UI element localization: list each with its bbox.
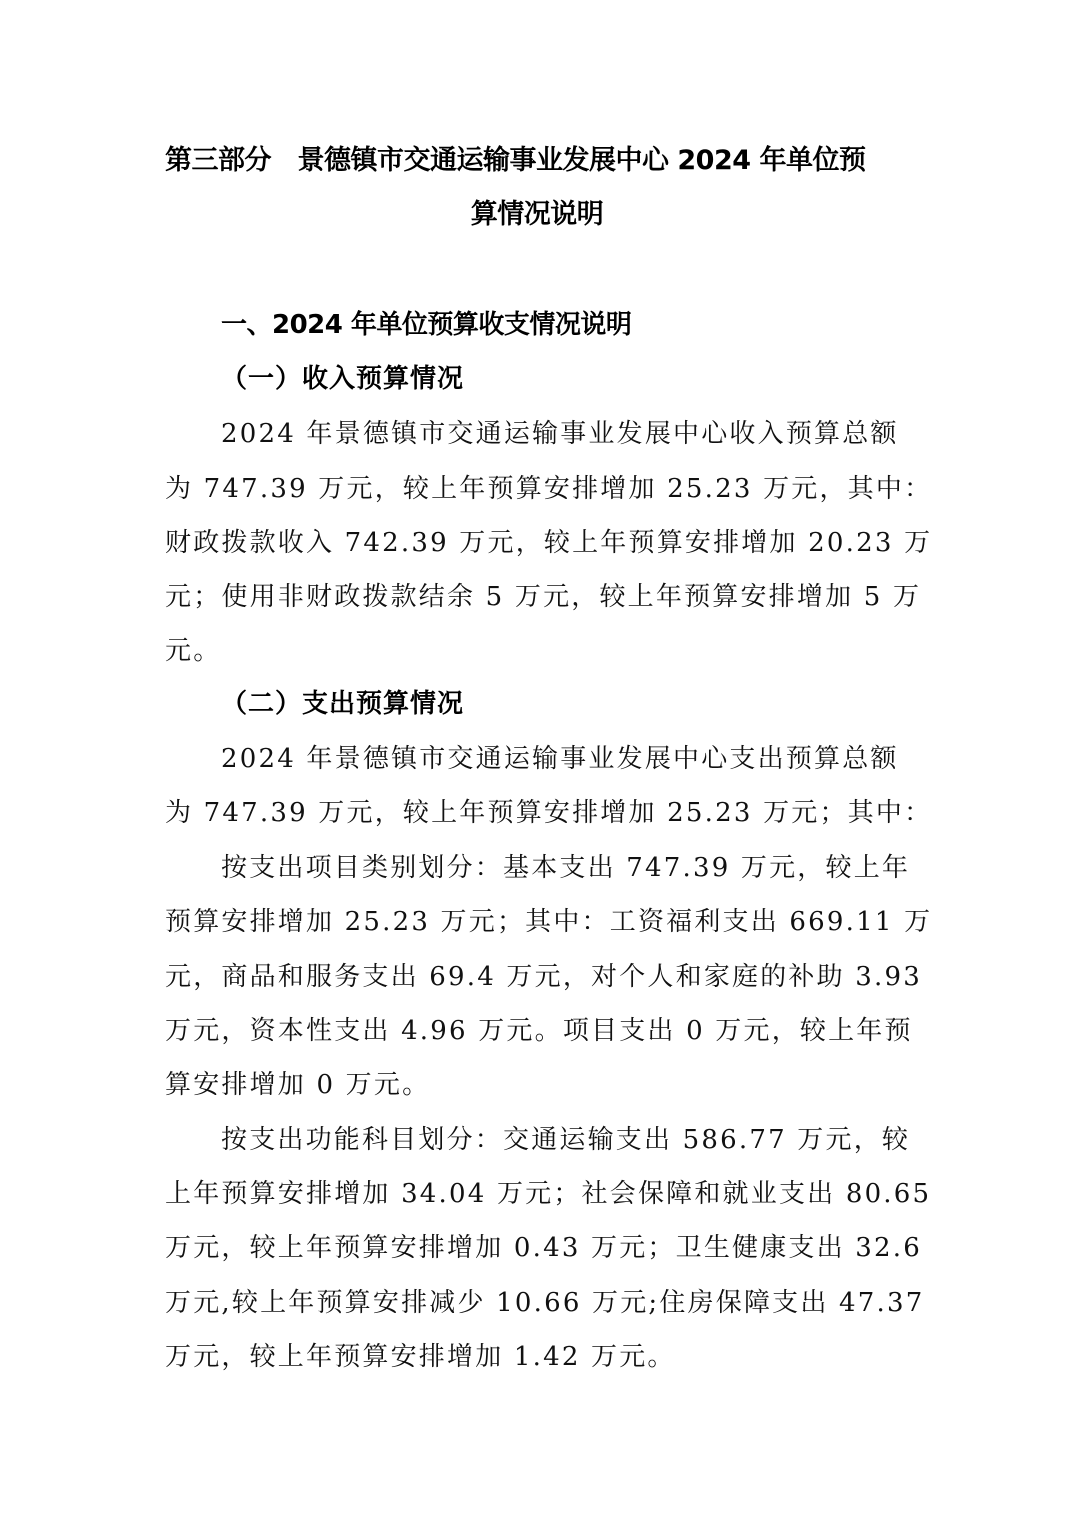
expenditure-paragraph-line: 2024 年景德镇市交通运输事业发展中心支出预算总额 xyxy=(221,746,899,772)
income-paragraph-line: 财政拨款收入 742.39 万元，较上年预算安排增加 20.23 万 xyxy=(165,530,932,556)
expenditure-paragraph-line: 万元，较上年预算安排增加 1.42 万元。 xyxy=(165,1344,676,1370)
expenditure-paragraph-line: 上年预算安排增加 34.04 万元；社会保障和就业支出 80.65 xyxy=(165,1181,931,1207)
expenditure-paragraph-line: 万元，资本性支出 4.96 万元。项目支出 0 万元，较上年预 xyxy=(165,1018,913,1044)
income-paragraph-line: 元；使用非财政拨款结余 5 万元，较上年预算安排增加 5 万 xyxy=(165,584,921,610)
expenditure-heading: （二）支出预算情况 xyxy=(221,691,464,717)
expenditure-paragraph-line: 算安排增加 0 万元。 xyxy=(165,1072,430,1098)
document-title-line-1: 第三部分 景德镇市交通运输事业发展中心 2024 年单位预 xyxy=(165,147,910,174)
expenditure-paragraph-line: 为 747.39 万元，较上年预算安排增加 25.23 万元；其中： xyxy=(165,800,932,826)
expenditure-paragraph-line: 按支出项目类别划分：基本支出 747.39 万元，较上年 xyxy=(221,855,910,881)
section-heading: 一、2024 年单位预算收支情况说明 xyxy=(221,312,631,338)
income-paragraph-line: 为 747.39 万元，较上年预算安排增加 25.23 万元，其中： xyxy=(165,476,932,502)
expenditure-paragraph-line: 元，商品和服务支出 69.4 万元，对个人和家庭的补助 3.93 xyxy=(165,964,922,990)
expenditure-paragraph-line: 万元,较上年预算安排减少 10.66 万元;住房保障支出 47.37 xyxy=(165,1290,924,1316)
expenditure-paragraph-line: 万元，较上年预算安排增加 0.43 万元；卫生健康支出 32.6 xyxy=(165,1235,922,1261)
document-page: 第三部分 景德镇市交通运输事业发展中心 2024 年单位预 算情况说明 一、20… xyxy=(0,0,1074,1520)
expenditure-paragraph-line: 预算安排增加 25.23 万元；其中：工资福利支出 669.11 万 xyxy=(165,909,932,935)
document-title-line-2: 算情况说明 xyxy=(0,201,1074,228)
expenditure-paragraph-line: 按支出功能科目划分：交通运输支出 586.77 万元，较 xyxy=(221,1127,910,1153)
income-paragraph-line: 2024 年景德镇市交通运输事业发展中心收入预算总额 xyxy=(221,421,899,447)
income-heading: （一）收入预算情况 xyxy=(221,366,464,392)
income-paragraph-line: 元。 xyxy=(165,638,221,664)
